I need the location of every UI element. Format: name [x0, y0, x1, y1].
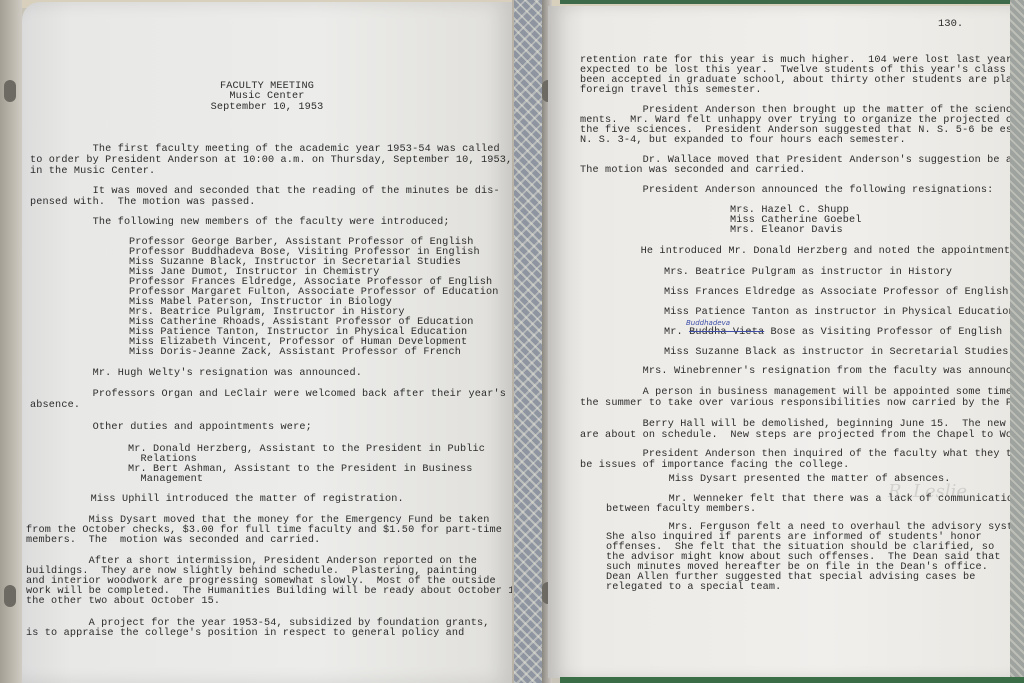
- list-item: Miss Doris-Jeanne Zack, Assistant Profes…: [129, 348, 461, 358]
- right-page: 130. R. Leslie retention rate for this y…: [548, 6, 1010, 678]
- paragraph-uphill: Miss Uphill introduced the matter of reg…: [28, 495, 404, 505]
- list-item: Miss Patience Tanton as instructor in Ph…: [664, 308, 1010, 318]
- list-item: Mrs. Eleanor Davis: [730, 226, 843, 236]
- background-green-strip-bottom: [560, 677, 1024, 683]
- meeting-date: September 10, 1953: [22, 103, 512, 113]
- paragraph-winebrenner: Mrs. Winebrenner's resignation from the …: [580, 367, 1010, 377]
- duties-intro: Other duties and appointments were;: [30, 423, 312, 433]
- handwritten-correction: Buddhadeva: [686, 319, 730, 327]
- appointments-intro: He introduced Mr. Donald Herzberg and no…: [578, 247, 1010, 257]
- meeting-location: Music Center: [22, 92, 512, 102]
- binder-ring: [4, 585, 16, 607]
- list-item: Miss Suzanne Black as instructor in Secr…: [664, 348, 1010, 358]
- binder-spine: [512, 0, 546, 683]
- resignations-intro: President Anderson announced the followi…: [580, 186, 993, 196]
- binder-ring: [4, 80, 16, 102]
- list-item-corrected: Mr. Buddha Vieta Bose as Visiting Profes…: [664, 328, 1002, 338]
- paragraph-welty: Mr. Hugh Welty's resignation was announc…: [30, 369, 362, 379]
- left-page: FACULTY MEETING Music Center September 1…: [22, 2, 512, 683]
- binder-left-edge: [0, 0, 22, 683]
- list-item: Mrs. Beatrice Pulgram as instructor in H…: [664, 268, 952, 278]
- list-item: Miss Frances Eldredge as Associate Profe…: [664, 288, 1009, 298]
- new-members-intro: The following new members of the faculty…: [30, 218, 450, 228]
- binder-right-edge: [1010, 0, 1024, 683]
- struck-text: Buddha Vieta: [689, 327, 764, 338]
- list-item: Management: [128, 475, 203, 485]
- page-number: 130.: [938, 18, 963, 30]
- background-green-strip: [560, 0, 1024, 4]
- paragraph-absences: Miss Dysart presented the matter of abse…: [606, 475, 951, 485]
